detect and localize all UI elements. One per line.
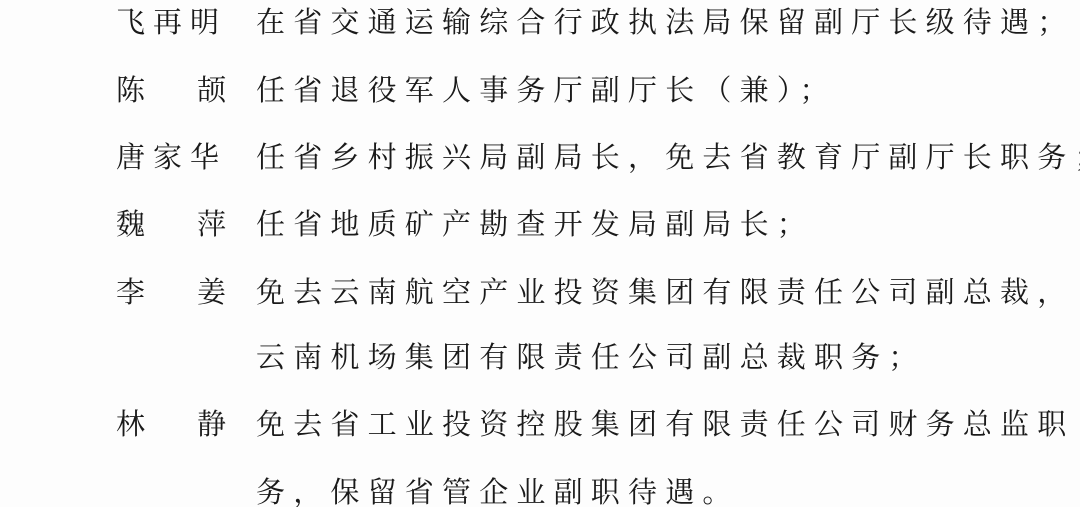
entry-text-line: 任省地质矿产勘查开发局副局长； [256, 202, 814, 243]
person-name: 李 姜 [116, 270, 226, 311]
person-name: 飞再明 [116, 0, 226, 41]
name-char: 李 [116, 270, 145, 311]
entry-text-line: 任省乡村振兴局副局长，免去省教育厅副厅长职务； [256, 135, 1080, 176]
person-name: 魏 萍 [116, 202, 226, 243]
name-char: 林 [116, 402, 145, 443]
name-char: 魏 [116, 202, 145, 243]
entry-text-line: 在省交通运输综合行政执法局保留副厅长级待遇； [256, 0, 1074, 41]
name-char: 陈 [116, 68, 145, 109]
name-char: 颉 [197, 68, 226, 109]
entry-text-line: 免去省工业投资控股集团有限责任公司财务总监职 [256, 402, 1074, 443]
person-name: 陈 颉 [116, 68, 226, 109]
entry-text-line: 云南机场集团有限责任公司副总裁职务； [256, 335, 926, 376]
entry-text-line: 免去云南航空产业投资集团有限责任公司副总裁， [256, 270, 1074, 311]
entry-text-line: 任省退役军人事务厅副厅长（兼）； [256, 68, 837, 109]
person-name: 唐家华 [116, 135, 226, 176]
name-char: 萍 [197, 202, 226, 243]
name-char: 姜 [197, 270, 226, 311]
name-char: 静 [197, 402, 226, 443]
entry-text-line: 务，保留省管企业副职待遇。 [256, 470, 740, 507]
person-name: 林 静 [116, 402, 226, 443]
